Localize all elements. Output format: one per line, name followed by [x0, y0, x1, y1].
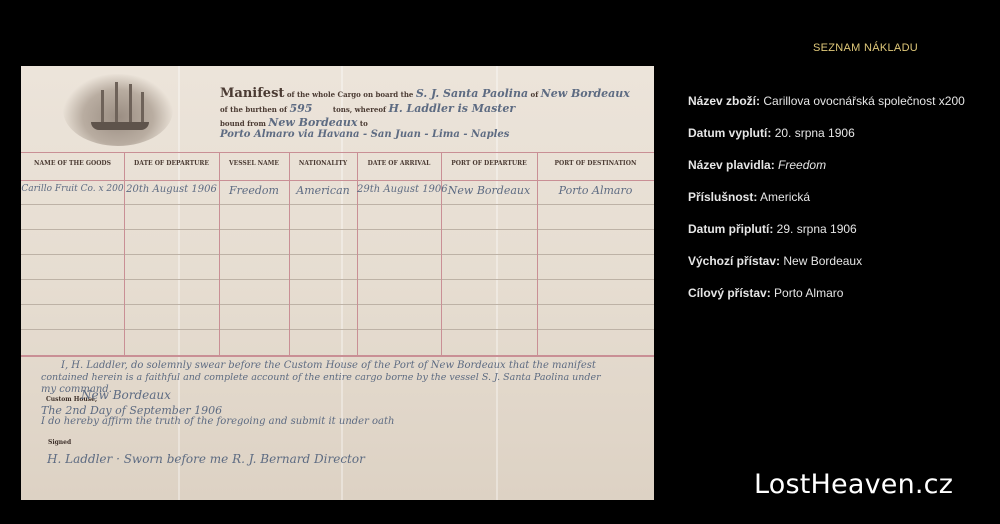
site-watermark-logo: LostHeaven.cz [754, 469, 953, 500]
cell-goods: Carillo Fruit Co. x 200 [21, 184, 124, 194]
cell-port-destination: Porto Almaro [537, 184, 654, 197]
field-vessel-name: Název plavidla: Freedom [688, 158, 826, 172]
col-date-of-departure: DATE OF DEPARTURE [124, 160, 219, 167]
col-port-of-departure: PORT OF DEPARTURE [441, 160, 537, 167]
col-date-of-arrival: DATE OF ARRIVAL [357, 160, 441, 167]
cell-port-departure: New Bordeaux [441, 184, 537, 197]
field-arrival-date: Datum připlutí: 29. srpna 1906 [688, 222, 857, 236]
cell-departure-date: 20th August 1906 [124, 184, 219, 195]
cargo-manifest-document: Manifest of the whole Cargo on board the… [21, 66, 654, 500]
col-vessel-name: VESSEL NAME [219, 160, 289, 167]
col-name-of-goods: NAME OF THE GOODS [21, 160, 124, 167]
col-port-of-destination: PORT OF DESTINATION [537, 160, 654, 167]
manifest-line-3: bound from New Bordeaux to Porto Almaro … [220, 116, 654, 140]
field-goods-name: Název zboží: Carillova ovocnářská společ… [688, 94, 965, 108]
field-destination-port: Cílový přístav: Porto Almaro [688, 286, 843, 300]
affirm-line: I do hereby affirm the truth of the fore… [41, 416, 394, 427]
cargo-list-title: SEZNAM NÁKLADU [813, 42, 918, 54]
col-nationality: NATIONALITY [289, 160, 357, 167]
oath-line-1: I, H. Laddler, do solemnly swear before … [61, 360, 596, 371]
custom-house-value: New Bordeaux [81, 388, 171, 402]
cell-arrival-date: 29th August 1906 [357, 184, 441, 195]
manifest-title: Manifest [220, 86, 284, 101]
vessel-handwritten: S. J. Santa Paolina [416, 87, 528, 100]
manifest-line-2: of the burthen of 595 tons, whereof H. L… [220, 102, 515, 115]
signature: H. Laddler · Sworn before me R. J. Berna… [47, 452, 365, 466]
field-departure-date: Datum vyplutí: 20. srpna 1906 [688, 126, 855, 140]
ship-illustration-icon [63, 74, 173, 146]
field-departure-port: Výchozí přístav: New Bordeaux [688, 254, 862, 268]
oath-line-2: contained herein is a faithful and compl… [41, 372, 601, 383]
cell-nationality: American [289, 184, 357, 197]
field-nationality: Příslušnost: Americká [688, 190, 810, 204]
signed-label: Signed [48, 439, 71, 446]
cell-vessel: Freedom [219, 184, 289, 197]
manifest-line-1: Manifest of the whole Cargo on board the… [220, 86, 630, 101]
cargo-table: NAME OF THE GOODS DATE OF DEPARTURE VESS… [21, 152, 654, 357]
tons-value: 595 [289, 102, 312, 115]
